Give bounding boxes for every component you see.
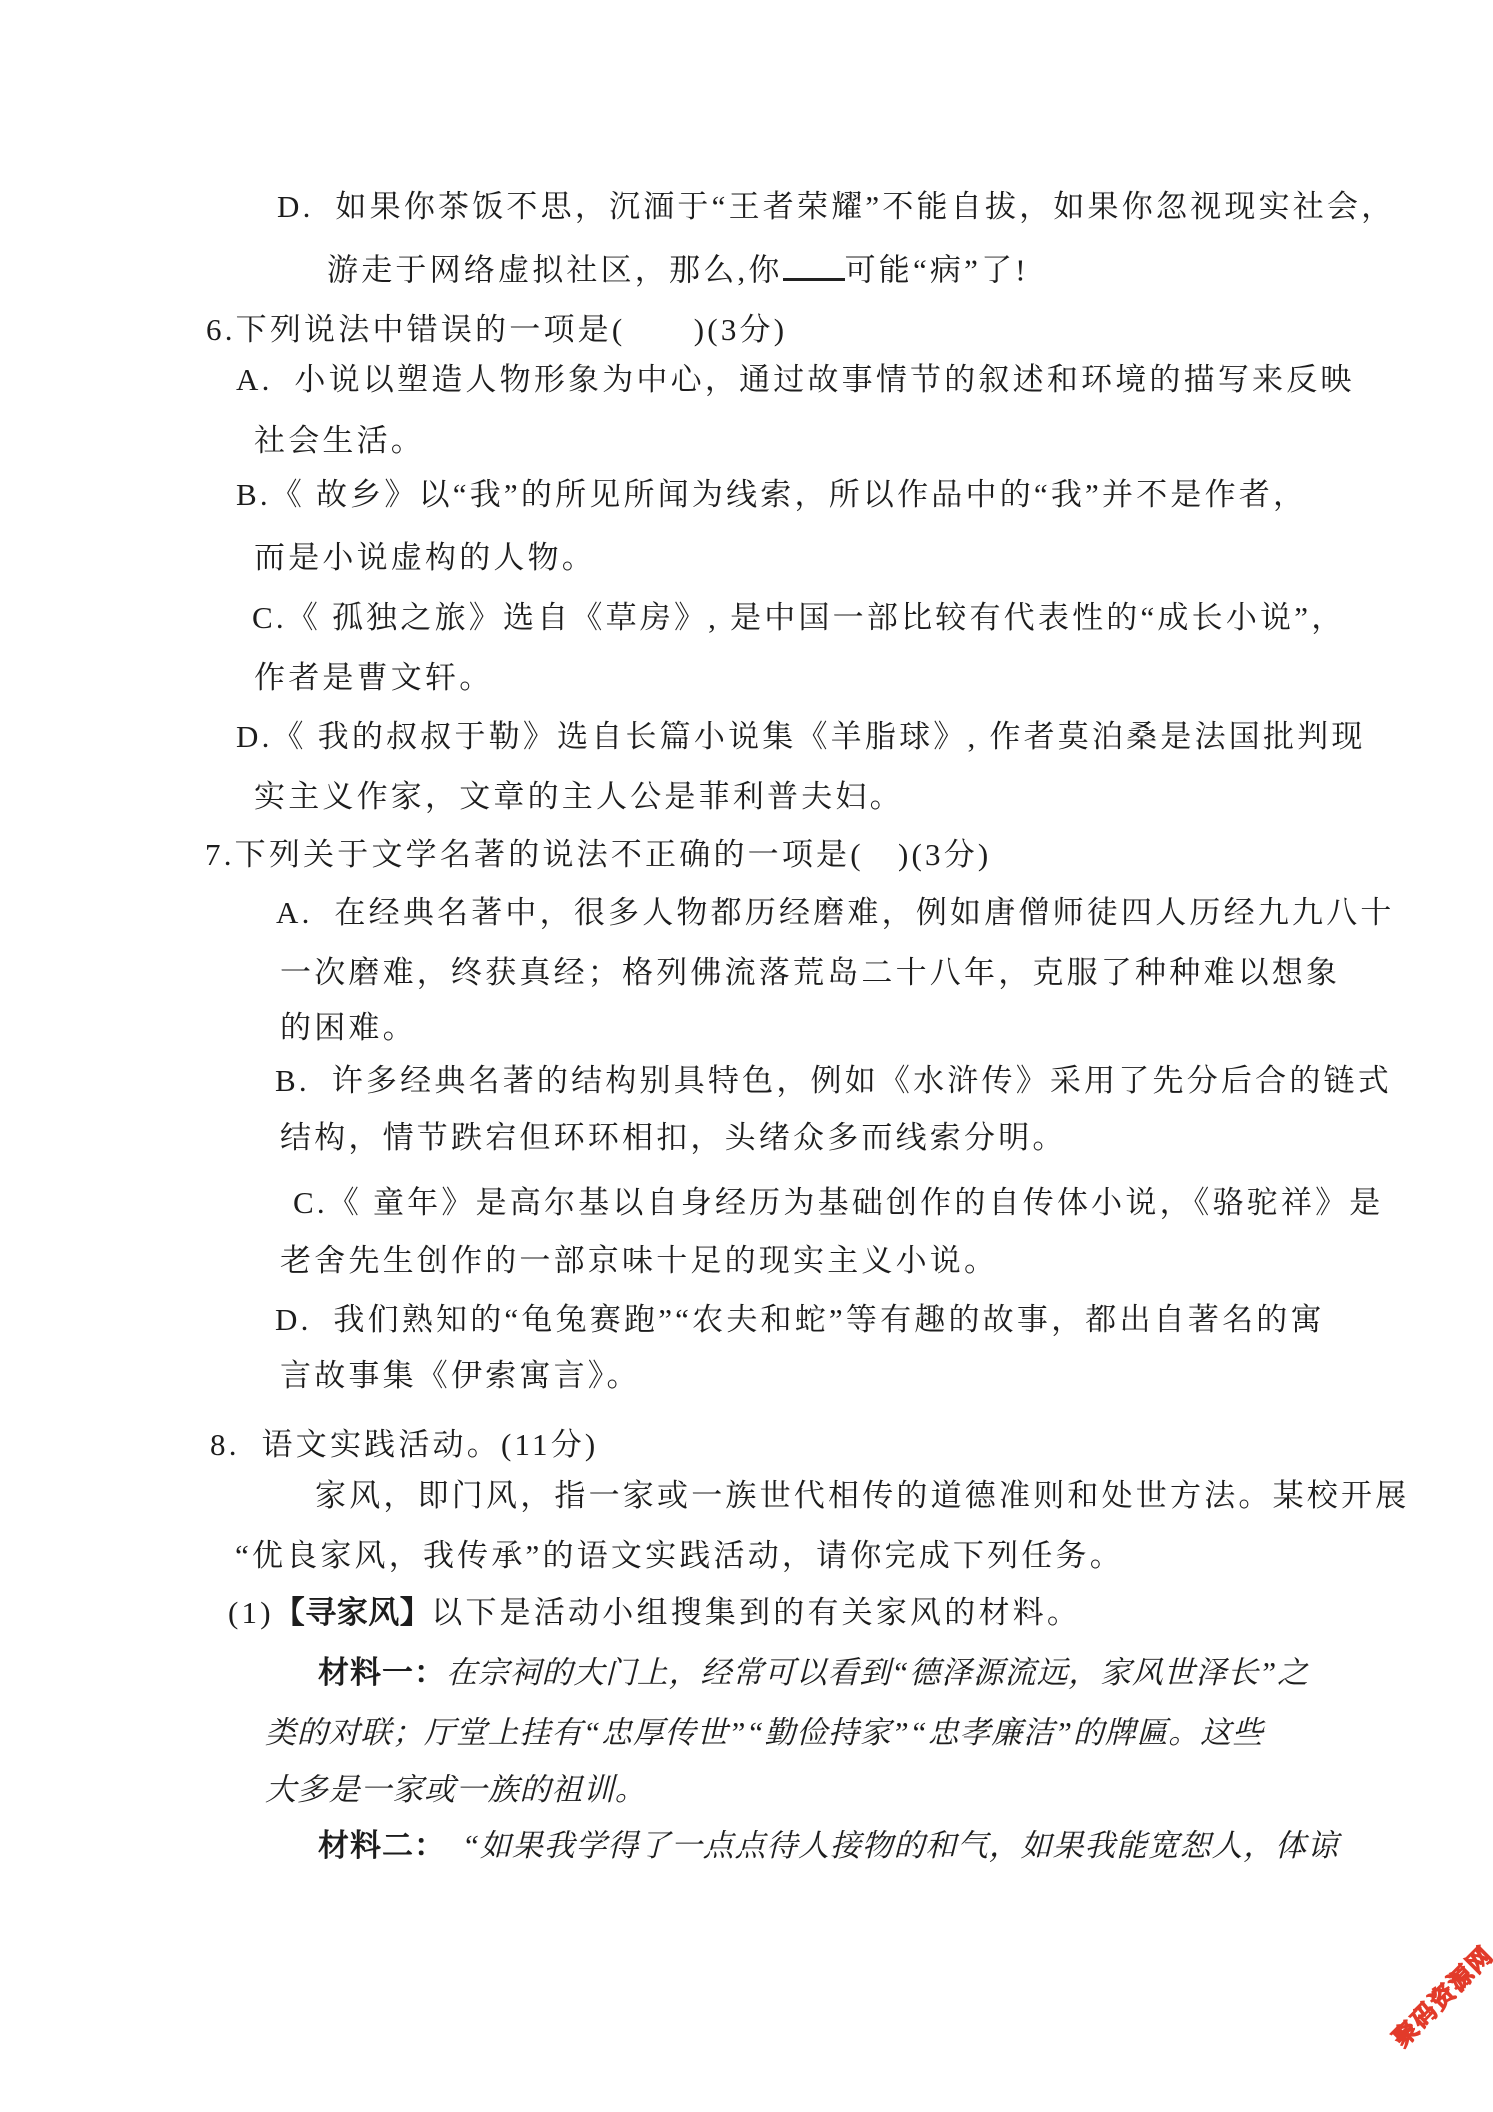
q8-task1-tag: 【寻家风】: [274, 1595, 432, 1630]
q8-material1-text1: 在宗祠的大门上，经常可以看到“德泽源流远，家风世泽长”之: [446, 1655, 1309, 1690]
q6-stem: 6.下列说法中错误的一项是( )(3分): [206, 311, 787, 349]
q5-option-d-line2: 游走于网络虚拟社区，那么,你可能“病”了!: [327, 248, 1029, 290]
site-watermark: 聚码资源网: [1389, 1942, 1493, 2052]
q8-material2-line1: 材料二：“如果我学得了一点点待人接物的和气，如果我能宽恕人，体谅: [318, 1827, 1339, 1865]
q5-option-d-line1: D. 如果你茶饭不思，沉湎于“王者荣耀”不能自拔，如果你忽视现实社会，: [277, 188, 1395, 226]
q8-material2-label: 材料二：: [318, 1828, 446, 1863]
q5-option-d-line2-post: 可能“病”了!: [845, 253, 1029, 288]
q8-intro-line1: 家风，即门风，指一家或一族世代相传的道德准则和处世方法。某校开展: [315, 1477, 1409, 1515]
q8-material1-line3: 大多是一家或一族的祖训。: [265, 1771, 647, 1809]
q6-option-b-line2: 而是小说虚构的人物。: [254, 539, 596, 577]
q8-stem: 8. 语文实践活动。(11分): [210, 1426, 598, 1464]
q8-material1-line1: 材料一：在宗祠的大门上，经常可以看到“德泽源流远，家风世泽长”之: [318, 1654, 1309, 1692]
q8-material2-text1: “如果我学得了一点点待人接物的和气，如果我能宽恕人，体谅: [462, 1828, 1339, 1863]
q6-option-a-line1: A. 小说以塑造人物形象为中心，通过故事情节的叙述和环境的描写来反映: [236, 361, 1355, 399]
q6-option-a-line2: 社会生活。: [254, 422, 425, 460]
q8-task1-number: (1): [228, 1595, 274, 1630]
q6-option-c-line1: C.《 孤独之旅》选自《草房》, 是中国一部比较有代表性的“成长小说”，: [252, 599, 1345, 637]
q7-option-d-line2: 言故事集《伊索寓言》。: [280, 1357, 641, 1395]
q6-option-c-line2: 作者是曹文轩。: [254, 659, 493, 697]
q6-option-b-line1: B.《 故乡》以“我”的所见所闻为线索，所以作品中的“我”并不是作者，: [236, 476, 1307, 514]
q7-option-c-line2: 老舍先生创作的一部京味十足的现实主义小说。: [280, 1242, 998, 1280]
q7-option-a-line1: A. 在经典名著中，很多人物都历经磨难，例如唐僧师徒四人历经九九八十: [276, 894, 1395, 932]
q8-material1-line2: 类的对联；厅堂上挂有“忠厚传世”“勤俭持家”“忠孝廉洁”的牌匾。这些: [265, 1714, 1264, 1752]
q8-task1-line: (1)【寻家风】以下是活动小组搜集到的有关家风的材料。: [228, 1594, 1081, 1632]
q6-option-d-line2: 实主义作家，文章的主人公是菲利普夫妇。: [254, 778, 904, 816]
fill-in-blank: [783, 248, 845, 281]
exam-paper-page: D. 如果你茶饭不思，沉湎于“王者荣耀”不能自拔，如果你忽视现实社会， 游走于网…: [0, 0, 1493, 2112]
q8-material1-label: 材料一：: [318, 1655, 446, 1690]
q7-option-a-line2: 一次磨难，终获真经；格列佛流落荒岛二十八年，克服了种种难以想象: [280, 954, 1340, 992]
q7-option-b-line2: 结构，情节跌宕但环环相扣，头绪众多而线索分明。: [280, 1119, 1067, 1157]
q7-option-c-line1: C.《 童年》是高尔基以自身经历为基础创作的自传体小说，《骆驼祥》是: [293, 1184, 1383, 1222]
q6-option-d-line1: D.《 我的叔叔于勒》选自长篇小说集《羊脂球》, 作者莫泊桑是法国批判现: [236, 718, 1366, 756]
q8-intro-line2: “优良家风，我传承”的语文实践活动，请你完成下列任务。: [235, 1537, 1124, 1575]
q7-option-d-line1: D. 我们熟知的“龟兔赛跑”“农夫和蛇”等有趣的故事，都出自著名的寓: [275, 1301, 1325, 1339]
q5-option-d-line2-pre: 游走于网络虚拟社区，那么,你: [327, 253, 783, 288]
q8-task1-text: 以下是活动小组搜集到的有关家风的材料。: [431, 1595, 1081, 1630]
q7-stem: 7.下列关于文学名著的说法不正确的一项是( )(3分): [205, 836, 991, 874]
q7-option-b-line1: B. 许多经典名著的结构别具特色，例如《水浒传》采用了先分后合的链式: [275, 1062, 1392, 1100]
q7-option-a-line3: 的困难。: [280, 1009, 417, 1047]
